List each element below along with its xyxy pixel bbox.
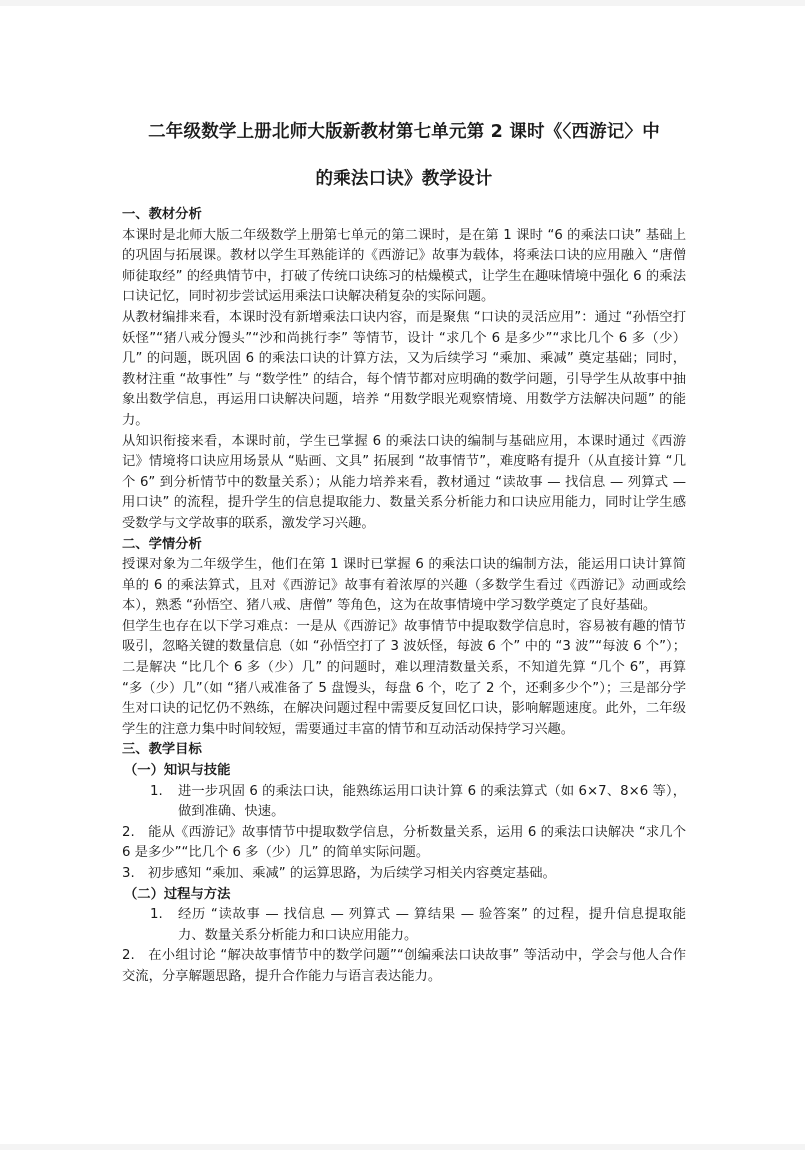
paragraph: 本课时是北师大版二年级数学上册第七单元的第二课时，是在第 1 课时 “6 的乘法… (122, 226, 686, 308)
subsection-heading-process-methods: （二）过程与方法 (122, 885, 686, 906)
paragraph: 从知识衔接来看，本课时前，学生已掌握 6 的乘法口诀的编制与基础应用，本课时通过… (122, 432, 686, 535)
list-number: 3. (122, 864, 148, 885)
document-page: 二年级数学上册北师大版新教材第七单元第 2 课时《〈西游记〉中 的乘法口诀》教学… (0, 6, 805, 1144)
title-line-2: 的乘法口诀》教学设计 (108, 156, 700, 203)
list-text: 初步感知 “乘加、乘减” 的运算思路，为后续学习相关内容奠定基础。 (148, 866, 556, 881)
list-item: 3.初步感知 “乘加、乘减” 的运算思路，为后续学习相关内容奠定基础。 (122, 864, 686, 885)
list-item: 2.能从《西游记》故事情节中提取数学信息，分析数量关系，运用 6 的乘法口诀解决… (122, 823, 686, 864)
list-number: 2. (122, 946, 148, 967)
document-content: 二年级数学上册北师大版新教材第七单元第 2 课时《〈西游记〉中 的乘法口诀》教学… (122, 109, 686, 988)
document-title: 二年级数学上册北师大版新教材第七单元第 2 课时《〈西游记〉中 的乘法口诀》教学… (108, 109, 700, 203)
list-text: 进一步巩固 6 的乘法口诀，能熟练运用口诀计算 6 的乘法算式（如 6×7、8×… (178, 782, 686, 823)
list-item: 1. 进一步巩固 6 的乘法口诀，能熟练运用口诀计算 6 的乘法算式（如 6×7… (122, 782, 686, 823)
section-heading-teaching-goals: 三、教学目标 (122, 740, 686, 761)
list-text: 能从《西游记》故事情节中提取数学信息，分析数量关系，运用 6 的乘法口诀解决 “… (122, 825, 686, 861)
title-line-1: 二年级数学上册北师大版新教材第七单元第 2 课时《〈西游记〉中 (108, 109, 700, 156)
list-text: 经历 “读故事 — 找信息 — 列算式 — 算结果 — 验答案” 的过程，提升信… (178, 905, 686, 946)
list-item: 2.在小组讨论 “解决故事情节中的数学问题”“创编乘法口诀故事” 等活动中，学会… (122, 946, 686, 987)
document-body: 一、教材分析 本课时是北师大版二年级数学上册第七单元的第二课时，是在第 1 课时… (122, 205, 686, 988)
paragraph: 从教材编排来看，本课时没有新增乘法口诀内容，而是聚焦 “口诀的灵活应用”：通过 … (122, 308, 686, 432)
subsection-heading-knowledge-skills: （一）知识与技能 (122, 761, 686, 782)
list-item: 1. 经历 “读故事 — 找信息 — 列算式 — 算结果 — 验答案” 的过程，… (122, 905, 686, 946)
section-heading-materials-analysis: 一、教材分析 (122, 205, 686, 226)
paragraph: 授课对象为二年级学生，他们在第 1 课时已掌握 6 的乘法口诀的编制方法，能运用… (122, 555, 686, 617)
list-text: 在小组讨论 “解决故事情节中的数学问题”“创编乘法口诀故事” 等活动中，学会与他… (122, 948, 686, 984)
section-heading-student-analysis: 二、学情分析 (122, 535, 686, 556)
list-number: 1. (150, 905, 178, 946)
paragraph: 但学生也存在以下学习难点：一是从《西游记》故事情节中提取数学信息时，容易被有趣的… (122, 617, 686, 741)
list-number: 1. (150, 782, 178, 823)
list-number: 2. (122, 823, 148, 844)
